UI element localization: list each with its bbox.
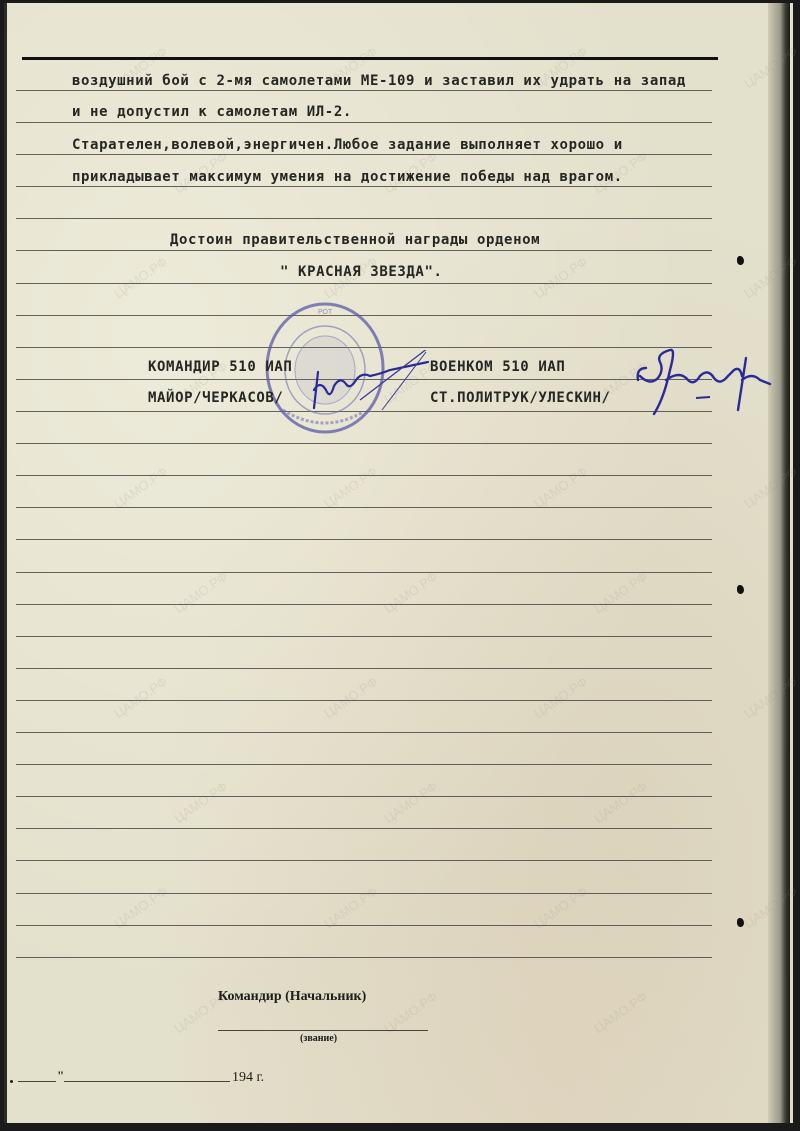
commander-signature-icon bbox=[300, 350, 440, 420]
svg-text:РОТ: РОТ bbox=[318, 309, 333, 316]
ruled-line bbox=[16, 925, 712, 926]
punch-hole-icon bbox=[737, 918, 744, 927]
rank-caption: (звание) bbox=[300, 1033, 337, 1044]
ruled-line bbox=[16, 507, 712, 508]
punch-hole-icon bbox=[737, 585, 744, 594]
commissar-title: ВОЕНКОМ 510 ИАП bbox=[430, 359, 565, 375]
recommendation-line-1: Достоин правительственной награды ордено… bbox=[170, 232, 540, 248]
date-day-line bbox=[18, 1081, 56, 1082]
body-line-3: Старателен,волевой,энергичен.Любое задан… bbox=[72, 137, 623, 153]
ruled-line bbox=[16, 250, 712, 251]
top-thick-rule bbox=[22, 57, 718, 60]
commissar-rank-name: СТ.ПОЛИТРУК/УЛЕСКИН/ bbox=[430, 390, 611, 406]
ruled-line bbox=[16, 186, 712, 187]
punch-hole-icon bbox=[737, 256, 744, 265]
date-dot bbox=[10, 1080, 13, 1083]
ruled-line bbox=[16, 604, 712, 605]
ruled-line bbox=[16, 90, 712, 91]
ruled-line bbox=[16, 668, 712, 669]
ruled-line bbox=[16, 283, 712, 284]
ruled-line bbox=[16, 636, 712, 637]
ruled-line bbox=[16, 732, 712, 733]
ruled-line bbox=[16, 764, 712, 765]
commissar-signature-icon bbox=[630, 340, 780, 420]
ruled-line bbox=[16, 700, 712, 701]
ruled-line bbox=[16, 475, 712, 476]
ruled-line bbox=[16, 539, 712, 540]
rank-signature-line bbox=[218, 1030, 428, 1031]
ruled-line bbox=[16, 572, 712, 573]
date-year: 194 г. bbox=[232, 1070, 264, 1086]
award-name: " КРАСНАЯ ЗВЕЗДА". bbox=[280, 264, 443, 280]
date-month-line bbox=[64, 1081, 230, 1082]
commander-rank-name: МАЙОР/ЧЕРКАСОВ/ bbox=[148, 390, 283, 406]
ruled-line bbox=[16, 796, 712, 797]
ruled-line bbox=[16, 957, 712, 958]
ruled-line bbox=[16, 860, 712, 861]
body-line-1: воздушний бой с 2-мя самолетами МЕ-109 и… bbox=[72, 73, 686, 89]
commander-label: Командир (Начальник) bbox=[218, 989, 366, 1005]
ruled-line bbox=[16, 218, 712, 219]
ruled-line bbox=[16, 443, 712, 444]
body-line-4: прикладывает максимум умения на достижен… bbox=[72, 169, 623, 185]
ruled-line bbox=[16, 828, 712, 829]
page-edge bbox=[768, 3, 790, 1123]
body-line-2: и не допустил к самолетам ИЛ-2. bbox=[72, 104, 352, 120]
ruled-line bbox=[16, 893, 712, 894]
commander-title: КОМАНДИР 510 ИАП bbox=[148, 359, 292, 375]
ruled-line bbox=[16, 154, 712, 155]
ruled-line bbox=[16, 122, 712, 123]
